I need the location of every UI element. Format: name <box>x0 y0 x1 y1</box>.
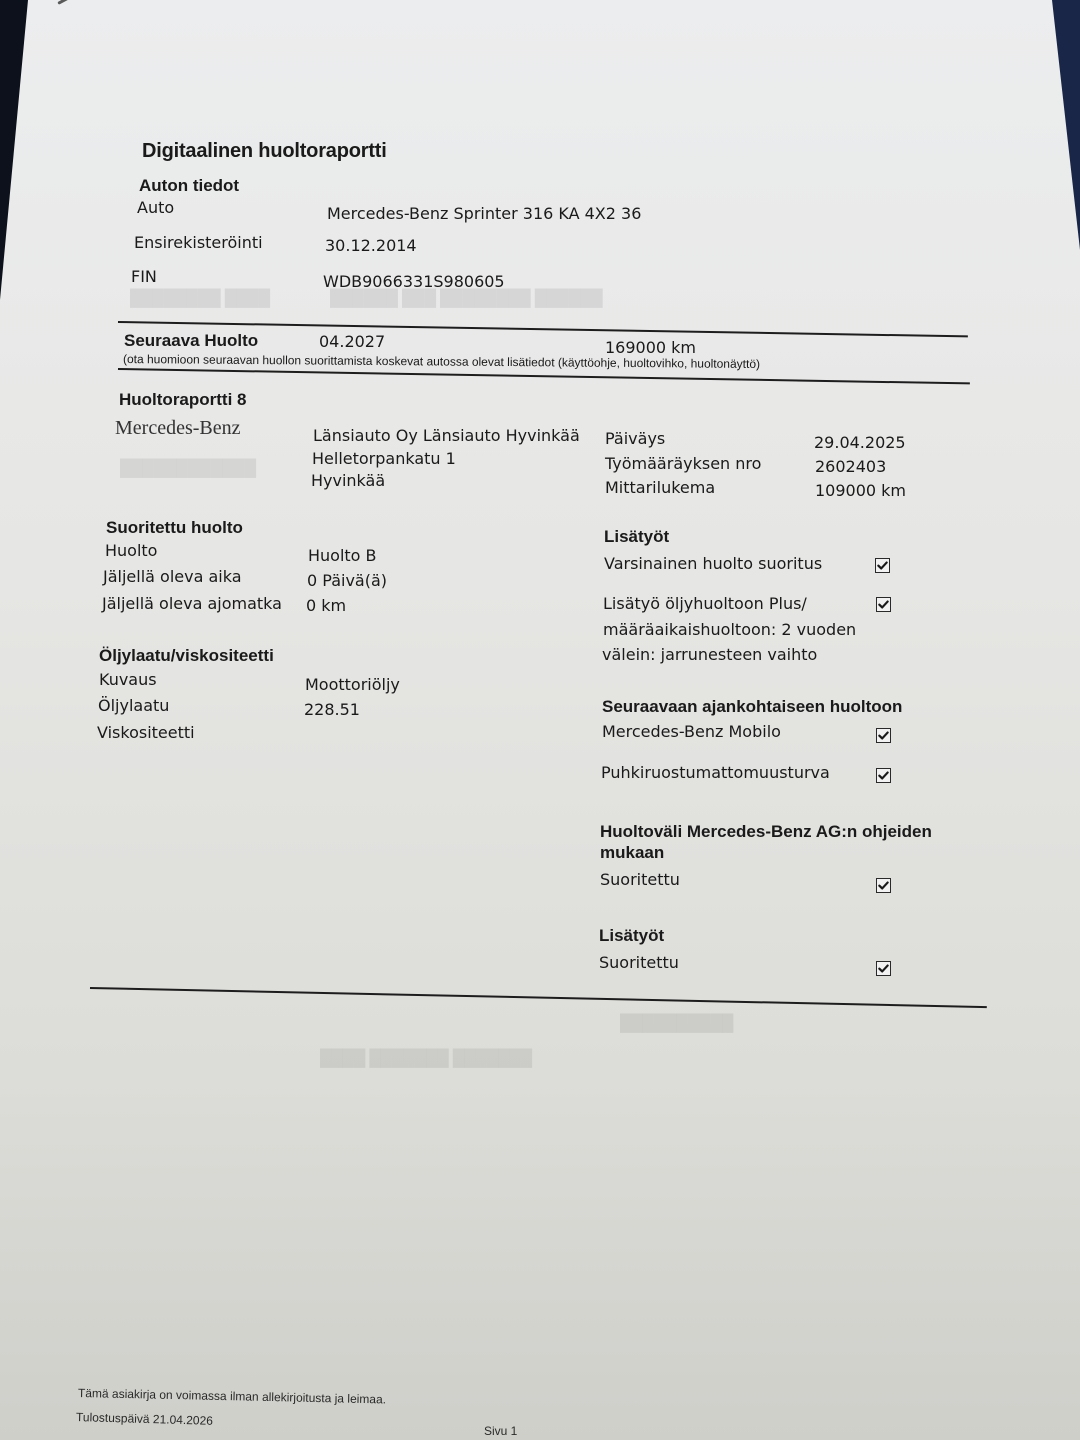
date-value: 29.04.2025 <box>814 433 906 452</box>
car-value: Mercedes-Benz Sprinter 316 KA 4X2 36 <box>327 204 641 223</box>
mobilo-label: Mercedes-Benz Mobilo <box>602 722 781 741</box>
first-registration-label: Ensirekisteröinti <box>134 233 263 252</box>
oil-heading: Öljylaatu/viskositeetti <box>99 646 274 666</box>
odometer-value: 109000 km <box>815 481 906 500</box>
interval-done-checkbox[interactable] <box>876 878 891 893</box>
date-label: Päiväys <box>605 429 665 448</box>
service-value: Huolto B <box>308 546 377 565</box>
show-through-text: ██████████ <box>620 1015 733 1033</box>
next-periodic-heading: Seuraavaan ajankohtaiseen huoltoon <box>602 697 902 717</box>
oil-grade-label: Öljylaatu <box>98 696 169 715</box>
extra-work-item-label: Varsinainen huolto suoritus <box>604 554 822 573</box>
rust-warranty-checkbox[interactable] <box>876 768 891 783</box>
divider-next-service <box>118 368 970 384</box>
oil-description-value: Moottoriöljy <box>305 675 400 694</box>
show-through-text: ████ ███████ ███████ <box>320 1050 532 1068</box>
divider-bottom <box>90 987 987 1008</box>
validity-note: Tämä asiakirja on voimassa ilman allekir… <box>78 1386 386 1406</box>
next-service-mileage: 169000 km <box>605 338 696 357</box>
dealer-city: Hyvinkää <box>311 471 385 490</box>
performed-service-heading: Suoritettu huolto <box>106 518 243 538</box>
photo-scene: ████████ ████ ██████ ███ ████████ ██████… <box>0 0 1080 1440</box>
show-through-text: ████████████ <box>120 460 256 478</box>
checkmark-icon <box>878 880 889 891</box>
extra-work-checkbox-1[interactable] <box>875 558 890 573</box>
work-order-label: Työmääräyksen nro <box>605 454 761 473</box>
first-registration-value: 30.12.2014 <box>325 236 417 255</box>
fin-value: WDB9066331S980605 <box>323 272 505 291</box>
show-through-text: ████████ ████ <box>130 290 270 308</box>
checkmark-icon <box>878 730 889 741</box>
paper-sheet: ████████ ████ ██████ ███ ████████ ██████… <box>0 0 1080 1440</box>
extra-work-item-2-line-1: Lisätyö öljyhuoltoon Plus/ <box>603 594 807 613</box>
remaining-time-label: Jäljellä oleva aika <box>103 567 242 586</box>
checkmark-icon <box>878 599 889 610</box>
oil-grade-value: 228.51 <box>304 700 360 719</box>
remaining-distance-value: 0 km <box>306 596 346 615</box>
interval-heading-line-1: Huoltoväli Mercedes-Benz AG:n ohjeiden <box>600 822 932 842</box>
extra-work-2-done-checkbox[interactable] <box>876 961 891 976</box>
work-order-value: 2602403 <box>815 457 886 476</box>
extra-work-item-2-line-3: välein: jarrunesteen vaihto <box>602 645 817 664</box>
oil-description-label: Kuvaus <box>99 670 157 689</box>
car-info-heading: Auton tiedot <box>139 176 239 196</box>
extra-work-2-done-label: Suoritettu <box>599 953 679 972</box>
interval-heading-line-2: mukaan <box>600 843 664 863</box>
brand-name: Mercedes-Benz <box>115 417 241 440</box>
interval-done-label: Suoritettu <box>600 870 680 889</box>
report-heading: Huoltoraportti 8 <box>119 390 247 410</box>
extra-work-2-heading: Lisätyöt <box>599 926 664 946</box>
extra-work-checkbox-2[interactable] <box>876 597 891 612</box>
remaining-time-value: 0 Päivä(ä) <box>307 571 387 590</box>
checkmark-icon <box>877 560 888 571</box>
next-service-date: 04.2027 <box>319 332 385 351</box>
dealer-street: Helletorpankatu 1 <box>312 449 456 468</box>
mobilo-checkbox[interactable] <box>876 728 891 743</box>
dealer-name: Länsiauto Oy Länsiauto Hyvinkää <box>313 426 580 445</box>
document-title: Digitaalinen huoltoraportti <box>142 140 387 163</box>
show-through-text: ██████ ███ ████████ ██████ <box>330 290 603 308</box>
viscosity-label: Viskositeetti <box>97 723 195 742</box>
extra-work-heading: Lisätyöt <box>604 527 669 547</box>
car-label: Auto <box>137 198 174 217</box>
checkmark-icon <box>878 770 889 781</box>
remaining-distance-label: Jäljellä oleva ajomatka <box>102 594 282 613</box>
extra-work-item-2-line-2: määräaikaishuoltoon: 2 vuoden <box>603 620 856 639</box>
checkmark-icon <box>878 963 889 974</box>
service-label: Huolto <box>105 541 157 560</box>
odometer-label: Mittarilukema <box>605 478 715 497</box>
next-service-label: Seuraava Huolto <box>124 331 258 351</box>
service-report-page: ████████ ████ ██████ ███ ████████ ██████… <box>0 0 1080 1440</box>
page-number: Sivu 1 <box>484 1424 517 1438</box>
print-date: Tulostuspäivä 21.04.2026 <box>76 1410 213 1428</box>
rust-warranty-label: Puhkiruostumattomuusturva <box>601 763 830 782</box>
fin-label: FIN <box>131 267 157 286</box>
